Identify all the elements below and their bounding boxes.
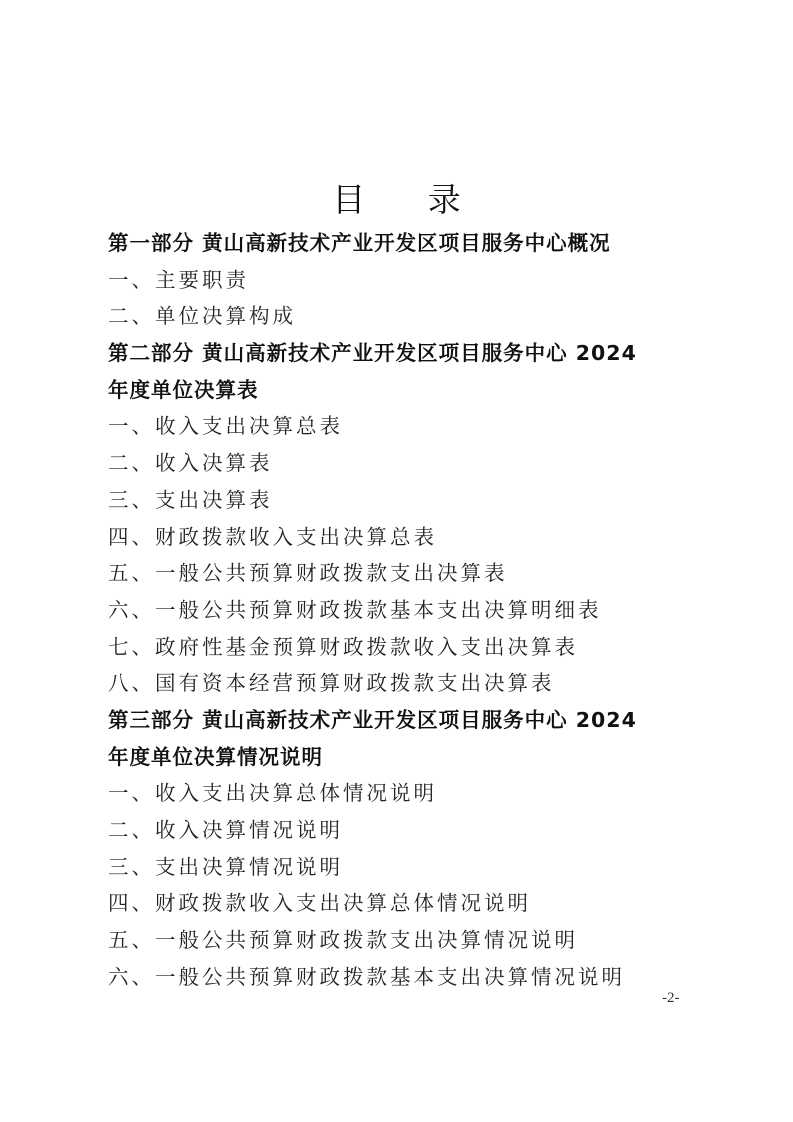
toc-part-2-heading-cont[interactable]: 年度单位决算表 xyxy=(108,372,708,409)
toc-part-2-heading[interactable]: 第二部分 黄山高新技术产业开发区项目服务中心 2024 xyxy=(108,335,708,372)
toc-item[interactable]: 一、主要职责 xyxy=(108,262,708,299)
toc-item[interactable]: 一、收入支出决算总体情况说明 xyxy=(108,775,708,812)
page-number: -2- xyxy=(662,990,680,1007)
toc-item[interactable]: 八、国有资本经营预算财政拨款支出决算表 xyxy=(108,665,708,702)
toc-item[interactable]: 一、收入支出决算总表 xyxy=(108,408,708,445)
toc-item[interactable]: 五、一般公共预算财政拨款支出决算表 xyxy=(108,555,708,592)
toc-item[interactable]: 四、财政拨款收入支出决算总表 xyxy=(108,519,708,556)
toc-part-1-heading[interactable]: 第一部分 黄山高新技术产业开发区项目服务中心概况 xyxy=(108,225,708,262)
toc-item[interactable]: 三、支出决算情况说明 xyxy=(108,849,708,886)
toc-item[interactable]: 七、政府性基金预算财政拨款收入支出决算表 xyxy=(108,629,708,666)
toc-item[interactable]: 三、支出决算表 xyxy=(108,482,708,519)
toc-part-3-heading-cont[interactable]: 年度单位决算情况说明 xyxy=(108,739,708,776)
toc-item[interactable]: 六、一般公共预算财政拨款基本支出决算情况说明 xyxy=(108,959,708,996)
toc-item[interactable]: 六、一般公共预算财政拨款基本支出决算明细表 xyxy=(108,592,708,629)
toc-item[interactable]: 二、单位决算构成 xyxy=(108,298,708,335)
toc-item[interactable]: 五、一般公共预算财政拨款支出决算情况说明 xyxy=(108,922,708,959)
table-of-contents: 第一部分 黄山高新技术产业开发区项目服务中心概况 一、主要职责 二、单位决算构成… xyxy=(108,225,708,995)
page-title: 目 录 xyxy=(0,180,793,220)
toc-part-3-heading[interactable]: 第三部分 黄山高新技术产业开发区项目服务中心 2024 xyxy=(108,702,708,739)
toc-item[interactable]: 二、收入决算情况说明 xyxy=(108,812,708,849)
toc-item[interactable]: 四、财政拨款收入支出决算总体情况说明 xyxy=(108,885,708,922)
toc-item[interactable]: 二、收入决算表 xyxy=(108,445,708,482)
